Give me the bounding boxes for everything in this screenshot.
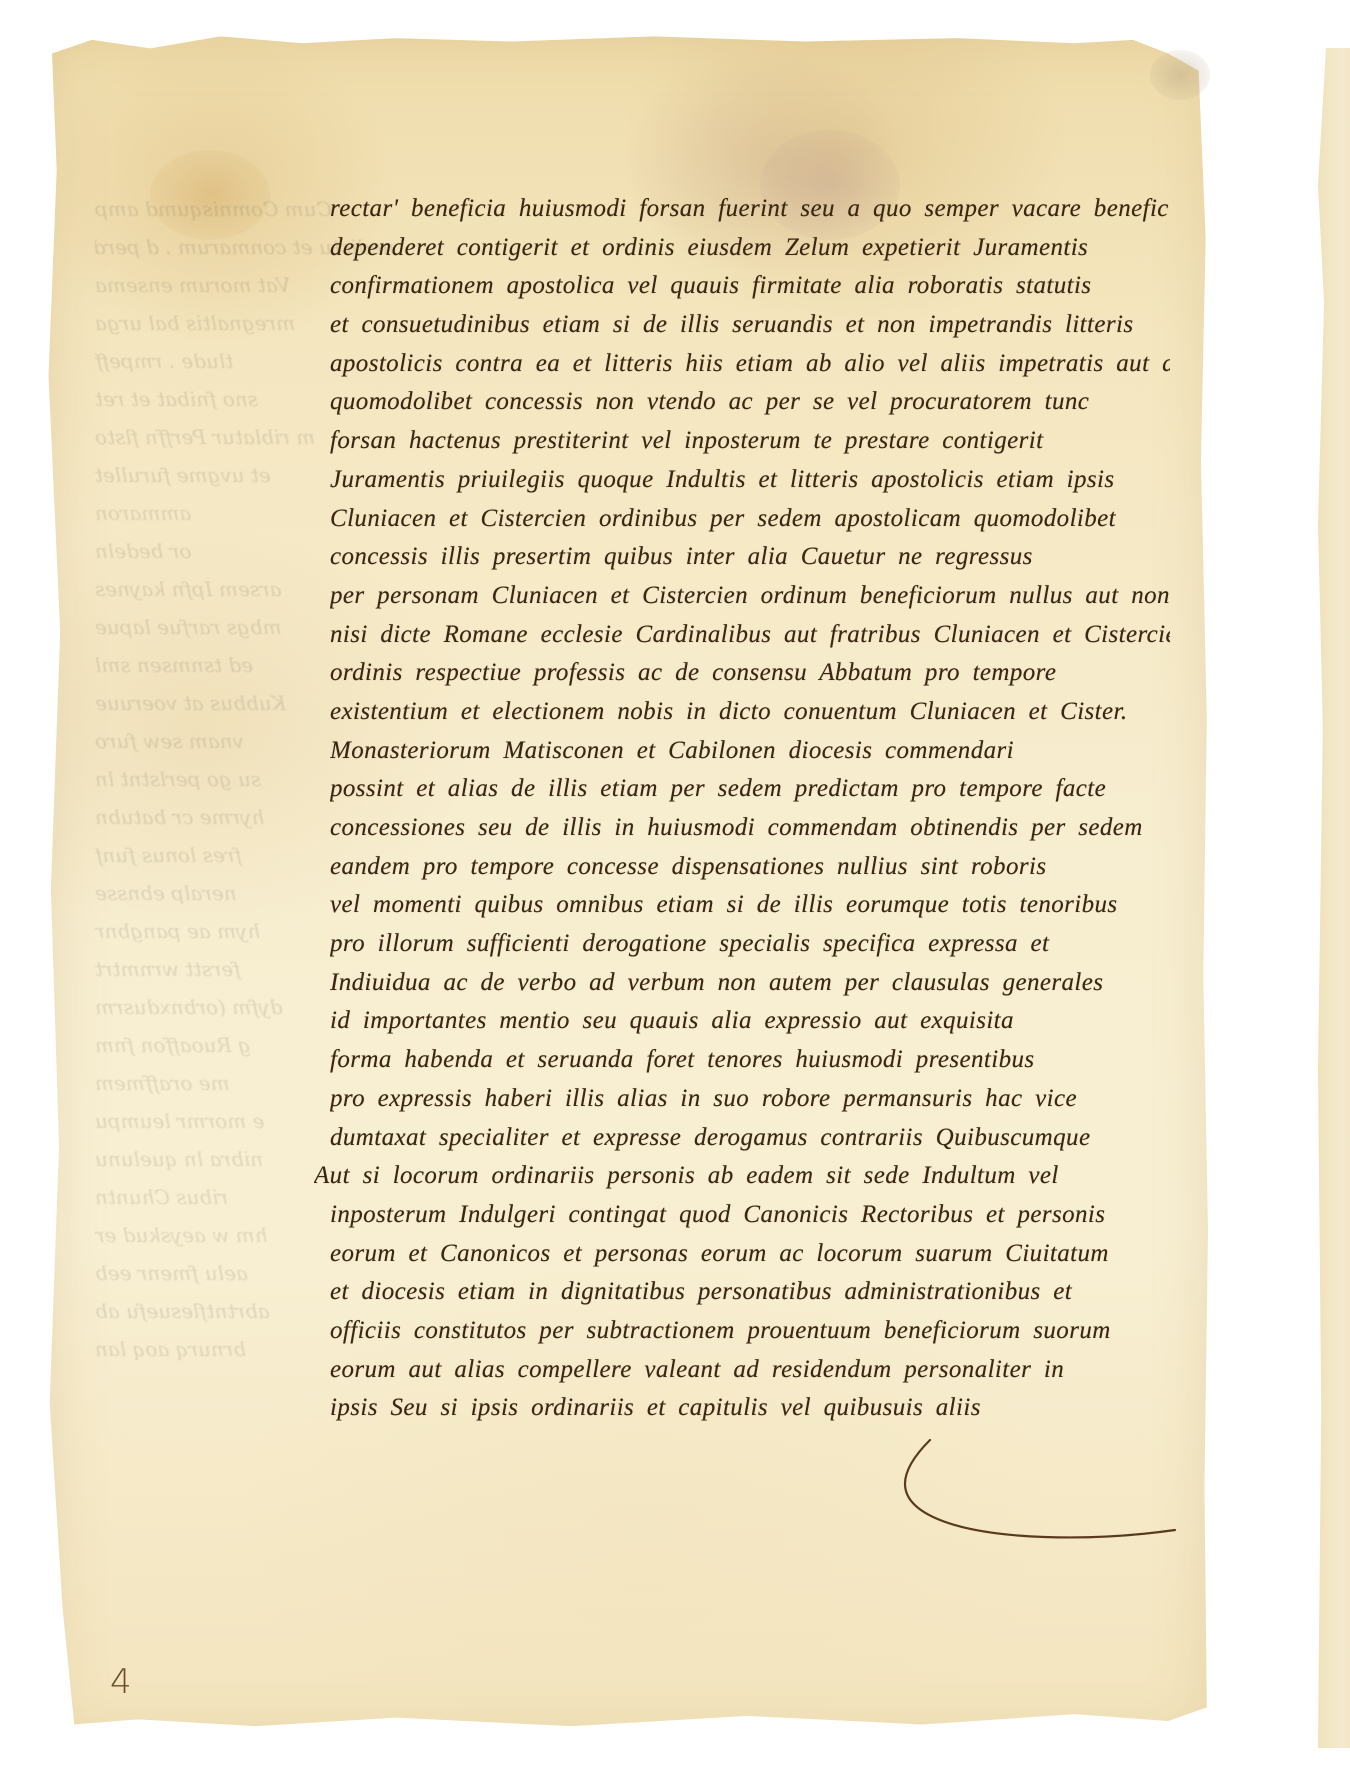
text-line: et diocesis etiam in dignitatibus person… bbox=[330, 1273, 1170, 1312]
text-line: Monasteriorum Matisconen et Cabilonen di… bbox=[330, 732, 1170, 771]
text-line: ordinis respectiue professis ac de conse… bbox=[330, 654, 1170, 693]
text-line: dumtaxat specialiter et expresse derogam… bbox=[330, 1119, 1170, 1158]
text-line: concessis illis presertim quibus inter a… bbox=[330, 538, 1170, 577]
text-line: Aut si locorum ordinariis personis ab ea… bbox=[314, 1157, 1170, 1196]
text-line: pro illorum sufficienti derogatione spec… bbox=[330, 925, 1170, 964]
text-line: nisi dicte Romane ecclesie Cardinalibus … bbox=[330, 616, 1170, 655]
text-line: rectar' beneficia huiusmodi forsan fueri… bbox=[330, 190, 1170, 229]
text-line: et consuetudinibus etiam si de illis ser… bbox=[330, 306, 1170, 345]
text-line: Juramentis priuilegiis quoque Indultis e… bbox=[330, 461, 1170, 500]
text-line: dependeret contigerit et ordinis eiusdem… bbox=[330, 229, 1170, 268]
text-line: Cluniacen et Cistercien ordinibus per se… bbox=[330, 500, 1170, 539]
folio-number: 4 bbox=[110, 1662, 132, 1702]
text-line: Indiuidua ac de verbo ad verbum non aute… bbox=[330, 964, 1170, 1003]
text-line: confirmationem apostolica vel quauis fir… bbox=[330, 267, 1170, 306]
text-line: existentium et electionem nobis in dicto… bbox=[330, 693, 1170, 732]
closing-flourish bbox=[830, 1430, 1180, 1550]
text-line: eorum et Canonicos et personas eorum ac … bbox=[330, 1235, 1170, 1274]
manuscript-text-block: rectar' beneficia huiusmodi forsan fueri… bbox=[330, 190, 1170, 1428]
text-line: officiis constitutos per subtractionem p… bbox=[330, 1312, 1170, 1351]
text-line: possint et alias de illis etiam per sede… bbox=[330, 770, 1170, 809]
text-line: apostolicis contra ea et litteris hiis e… bbox=[330, 345, 1170, 384]
text-line: id importantes mentio seu quauis alia ex… bbox=[330, 1002, 1170, 1041]
text-line: per personam Cluniacen et Cistercien ord… bbox=[330, 577, 1170, 616]
text-line: quomodolibet concessis non vtendo ac per… bbox=[330, 383, 1170, 422]
text-line: pro expressis haberi illis alias in suo … bbox=[330, 1080, 1170, 1119]
text-line: forma habenda et seruanda foret tenores … bbox=[330, 1041, 1170, 1080]
text-line: eorum aut alias compellere valeant ad re… bbox=[330, 1351, 1170, 1390]
adjacent-page-edge bbox=[1318, 48, 1350, 1748]
text-line: eandem pro tempore concesse dispensation… bbox=[330, 848, 1170, 887]
text-line: forsan hactenus prestiterint vel inposte… bbox=[330, 422, 1170, 461]
text-line: inposterum Indulgeri contingat quod Cano… bbox=[330, 1196, 1170, 1235]
text-line: concessiones seu de illis in huiusmodi c… bbox=[330, 809, 1170, 848]
text-line: vel momenti quibus omnibus etiam si de i… bbox=[330, 886, 1170, 925]
text-line: ipsis Seu si ipsis ordinariis et capitul… bbox=[330, 1389, 1170, 1428]
